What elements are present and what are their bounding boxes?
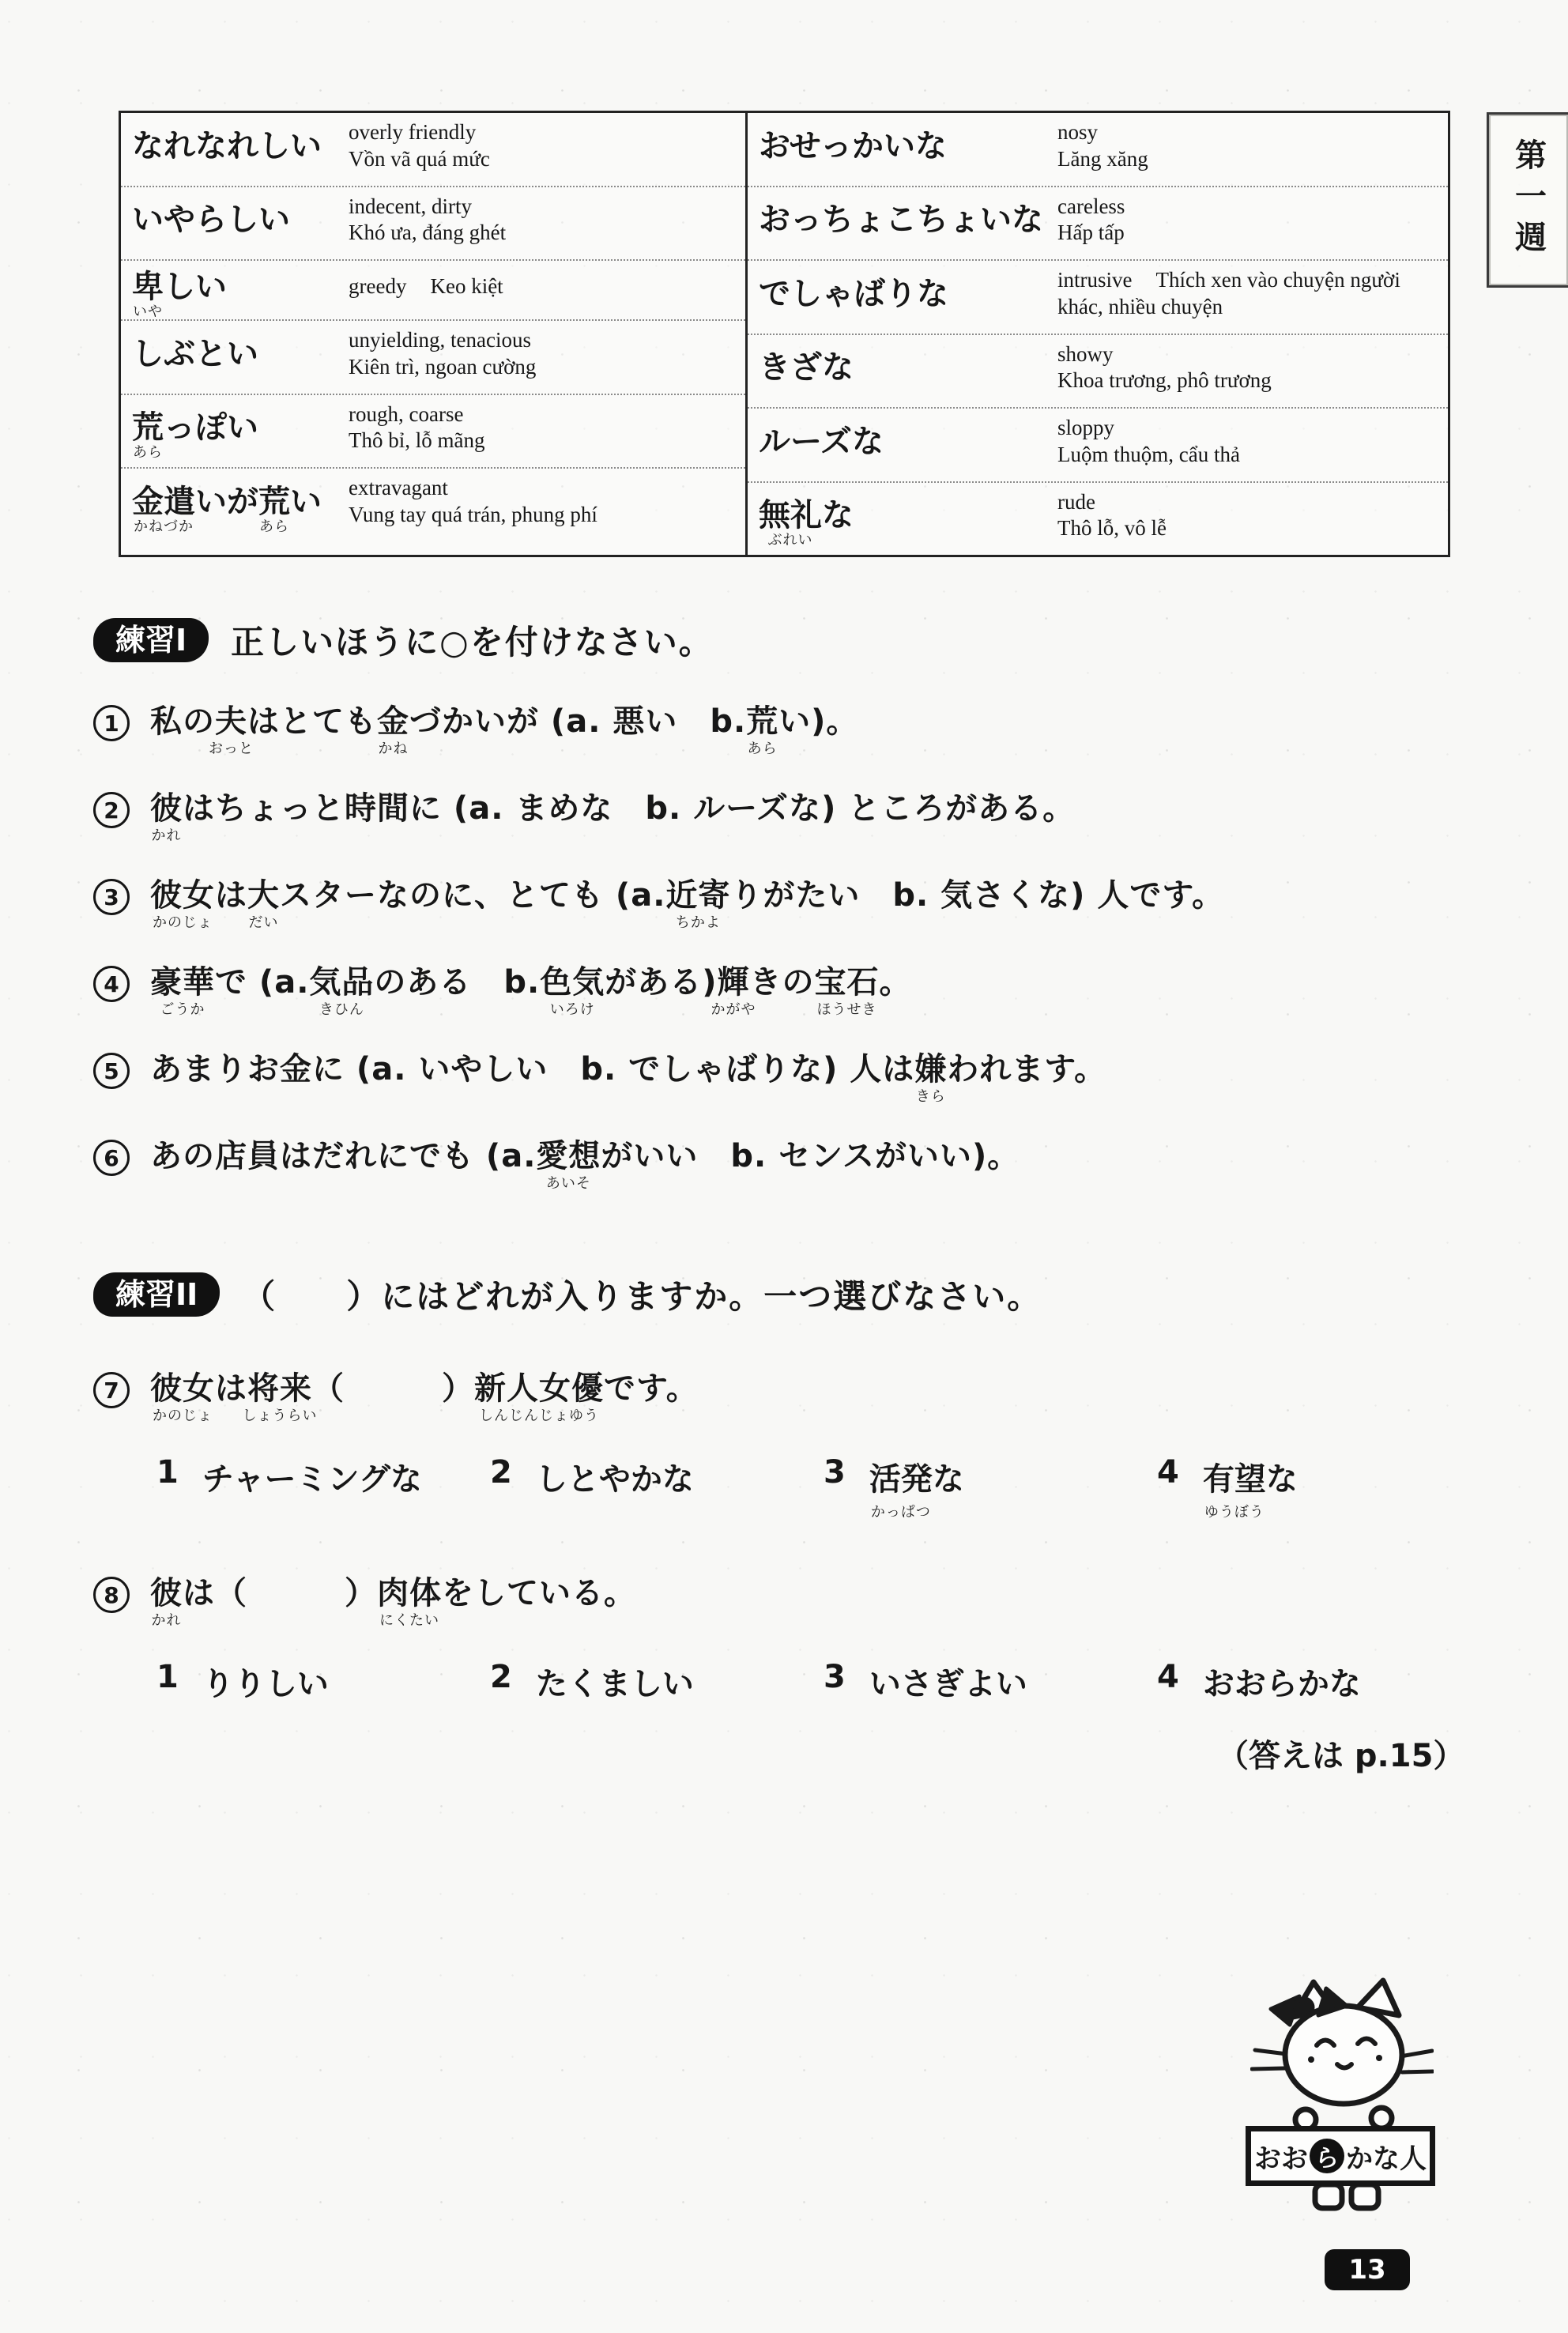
furigana: いや xyxy=(133,305,163,320)
text-segment: な xyxy=(1266,1454,1298,1499)
option-label: 有望ゆうぼうな xyxy=(1203,1454,1298,1499)
text-segment: いさぎよい xyxy=(869,1659,1027,1704)
text-segment: のある b. xyxy=(374,964,540,1001)
vocab-row: なれなれしいoverly friendlyVồn vã quá mức xyxy=(121,113,745,187)
exercise-item-block: 5あまりお金に (a. いやしい b. でしゃばりな) 人は嫌きらわれます。 xyxy=(93,1051,1468,1089)
vocab-english: intrusive xyxy=(1057,268,1133,292)
furigana: きひん xyxy=(319,1002,364,1019)
text-segment: は（ ） xyxy=(183,1575,377,1611)
text-segment: い)。 xyxy=(778,703,858,740)
exercise-item-block: 1私の夫おっとはとても金かねづかいが (a. 悪い b. 荒あらい)。 xyxy=(93,703,1468,741)
answer-note: （答えは p.15） xyxy=(1217,1731,1464,1776)
text-segment: 活発かっぱつ xyxy=(869,1454,933,1499)
text-segment: づかいが (a. 悪い b. xyxy=(409,703,746,740)
item-number: 2 xyxy=(93,792,130,828)
item-sentence: 彼かれは（ ）肉体にくたいをしている。 xyxy=(150,1575,636,1611)
vocab-row: きざなshowyKhoa trương, phô trương xyxy=(748,335,1448,409)
vocab-vietnamese: Thô bỉ, lỗ mãng xyxy=(349,428,739,454)
vocab-vietnamese: Keo kiệt xyxy=(430,274,503,298)
vocab-term: いやらしい xyxy=(121,203,349,236)
furigana: にくたい xyxy=(379,1613,439,1630)
vocab-term: 卑いやしい xyxy=(121,270,349,303)
text-segment: 新人女優しんじんじょゆう xyxy=(474,1370,604,1407)
option-number: 4 xyxy=(1157,1659,1179,1695)
text-segment: は xyxy=(215,1370,247,1407)
text-segment: チャーミングな xyxy=(202,1454,422,1499)
text-segment: 色気いろけ xyxy=(540,964,605,1001)
text-segment: ルーズな xyxy=(759,425,884,458)
exercise-item: 1私の夫おっとはとても金かねづかいが (a. 悪い b. 荒あらい)。 xyxy=(93,703,1468,741)
text-segment: 私の xyxy=(150,703,215,740)
answer-option: 1りりしい xyxy=(156,1659,490,1704)
text-segment: いやらしい xyxy=(132,203,290,236)
answer-option: 2しとやかな xyxy=(490,1454,824,1499)
vocab-translation: extravagantVung tay quá trán, phung phí xyxy=(349,475,745,529)
options-row: 1チャーミングな2しとやかな3活発かっぱつな4有望ゆうぼうな xyxy=(156,1454,1468,1499)
option-number: 2 xyxy=(490,1659,512,1695)
text-segment: たくましい xyxy=(536,1659,694,1704)
text-segment: われます。 xyxy=(947,1051,1106,1087)
item-sentence: あまりお金に (a. いやしい b. でしゃばりな) 人は嫌きらわれます。 xyxy=(150,1051,1106,1087)
text-segment: でしゃばりな xyxy=(759,277,948,311)
text-segment: な xyxy=(822,499,854,532)
furigana: きら xyxy=(916,1089,946,1106)
furigana: ごうか xyxy=(160,1002,205,1019)
furigana: かがや xyxy=(711,1002,756,1019)
vocab-translation: showyKhoa trương, phô trương xyxy=(1057,341,1448,395)
furigana: ゆうぼう xyxy=(1204,1501,1265,1521)
vocab-translation: overly friendlyVồn vã quá mức xyxy=(349,119,745,173)
vocab-term: でしゃばりな xyxy=(748,277,1057,311)
vocab-translation: sloppyLuộm thuộm, cẩu thả xyxy=(1057,415,1448,469)
exercise1-section: 練習I 正しいほうに○を付けなさい。 1私の夫おっとはとても金かねづかいが (a… xyxy=(93,616,1468,1176)
furigana: かねづか xyxy=(134,520,194,535)
text-segment: 無礼ぶれい xyxy=(759,499,822,532)
mascot-sign: おおらかな人 xyxy=(1246,2126,1435,2186)
vocab-english: rough, coarse xyxy=(349,401,739,428)
option-number: 3 xyxy=(824,1659,846,1695)
text-segment: 近寄ちかよ xyxy=(665,877,730,914)
text-segment: 金遣かねづか xyxy=(132,485,195,518)
vocab-english: careless xyxy=(1057,194,1442,220)
exercise-item-block: 2彼かれはちょっと時間に (a. まめな b. ルーズな) ところがある。 xyxy=(93,790,1468,828)
vocab-row: でしゃばりなintrusiveThích xen vào chuyện ngườ… xyxy=(748,261,1448,335)
vocab-term: 無礼ぶれいな xyxy=(748,499,1057,532)
furigana: ほうせき xyxy=(817,1002,877,1019)
exercise-item-block: 4豪華ごうかで (a. 気品きひんのある b. 色気いろけがある) 輝かがやきの… xyxy=(93,964,1468,1002)
text-segment: はとても xyxy=(247,703,377,740)
text-segment: い xyxy=(290,485,322,518)
vocab-term: おっちょこちょいな xyxy=(748,203,1057,236)
item-sentence: 彼女かのじょは大だいスターなのに、とても (a. 近寄ちかよりがたい b. 気さ… xyxy=(150,877,1224,914)
vocab-english: rude xyxy=(1057,489,1442,516)
vocab-english: overly friendly xyxy=(349,119,739,146)
option-label: 活発かっぱつな xyxy=(869,1454,964,1499)
text-segment: 肉体にくたい xyxy=(377,1575,442,1611)
text-segment: しい xyxy=(164,270,227,303)
vocab-row: しぶといunyielding, tenaciousKiên trì, ngoan… xyxy=(121,321,745,395)
vocab-translation: rough, coarseThô bỉ, lỗ mãng xyxy=(349,401,745,455)
vocab-english: sloppy xyxy=(1057,415,1442,442)
vocab-vietnamese: Khó ưa, đáng ghét xyxy=(349,220,739,247)
text-segment: 豪華ごうか xyxy=(150,964,215,1001)
text-segment: しとやかな xyxy=(536,1454,694,1499)
week-tab-label: 第一週 xyxy=(1506,138,1551,262)
vocab-row: いやらしいindecent, dirtyKhó ưa, đáng ghét xyxy=(121,187,745,262)
option-label: しとやかな xyxy=(536,1454,694,1499)
vocab-vietnamese: Vồn vã quá mức xyxy=(349,146,739,173)
vocab-translation: greedyKeo kiệt xyxy=(349,273,745,300)
text-segment: で (a. xyxy=(215,964,309,1001)
vocab-row: ルーズなsloppyLuộm thuộm, cẩu thả xyxy=(748,409,1448,483)
exercise-item-block: 7彼女かのじょは将来しょうらい（ ）新人女優しんじんじょゆうです。1チャーミング… xyxy=(93,1370,1468,1499)
exercise-item: 5あまりお金に (a. いやしい b. でしゃばりな) 人は嫌きらわれます。 xyxy=(93,1051,1468,1089)
vocab-term: きざな xyxy=(748,351,1057,384)
exercise2-section: 練習II （ ）にはどれが入りますか。一つ選びなさい。 7彼女かのじょは将来しょ… xyxy=(93,1271,1468,1704)
vocab-row: 荒あらっぽいrough, coarseThô bỉ, lỗ mãng xyxy=(121,395,745,469)
text-segment: 卑いや xyxy=(132,270,164,303)
vocab-term: ルーズな xyxy=(748,425,1057,458)
furigana: いろけ xyxy=(550,1002,595,1019)
exercise2-badge: 練習II xyxy=(93,1272,220,1317)
option-label: りりしい xyxy=(202,1659,329,1704)
text-segment: 彼女かのじょ xyxy=(150,877,215,914)
exercise2-instruction: （ ）にはどれが入りますか。一つ選びなさい。 xyxy=(242,1271,1042,1318)
text-segment: 金かね xyxy=(377,703,409,740)
furigana: かっぱつ xyxy=(871,1501,931,1521)
vocab-term: なれなれしい xyxy=(121,130,349,163)
text-segment: きざな xyxy=(759,351,854,384)
furigana: あら xyxy=(133,446,163,461)
exercise-item: 2彼かれはちょっと時間に (a. まめな b. ルーズな) ところがある。 xyxy=(93,790,1468,828)
text-segment: りりしい xyxy=(202,1659,329,1704)
option-number: 3 xyxy=(824,1454,846,1491)
item-sentence: 私の夫おっとはとても金かねづかいが (a. 悪い b. 荒あらい)。 xyxy=(150,703,858,740)
exercise2-items: 7彼女かのじょは将来しょうらい（ ）新人女優しんじんじょゆうです。1チャーミング… xyxy=(93,1370,1468,1704)
text-segment: （ ） xyxy=(312,1370,474,1407)
vocab-row: おっちょこちょいなcarelessHấp tấp xyxy=(748,187,1448,262)
vocab-term: おせっかいな xyxy=(748,130,1057,163)
text-segment: です。 xyxy=(604,1370,699,1407)
vocab-translation: rudeThô lỗ, vô lễ xyxy=(1057,489,1448,543)
vocab-term: しぶとい xyxy=(121,337,349,371)
furigana: かね xyxy=(379,741,409,758)
option-number: 1 xyxy=(156,1659,179,1695)
text-segment: 宝石ほうせき xyxy=(815,964,880,1001)
options-row: 1りりしい2たくましい3いさぎよい4おおらかな xyxy=(156,1659,1468,1704)
text-segment: 彼かれ xyxy=(150,1575,183,1611)
furigana: かのじょ xyxy=(153,1408,213,1425)
text-segment: きの xyxy=(750,964,815,1001)
page-number-badge: 13 xyxy=(1325,2249,1410,2290)
item-sentence: あの店員はだれにでも (a. 愛想あいそがいい b. センスがいい)。 xyxy=(150,1138,1020,1174)
vocab-english: indecent, dirty xyxy=(349,194,739,220)
option-number: 4 xyxy=(1157,1454,1179,1491)
vocab-english: extravagant xyxy=(349,475,739,502)
text-segment: スターなのに、とても (a. xyxy=(280,877,665,914)
option-label: いさぎよい xyxy=(869,1659,1027,1704)
text-segment: 愛想あいそ xyxy=(536,1138,601,1174)
vocab-term: 荒あらっぽい xyxy=(121,411,349,444)
text-segment: おおらかな xyxy=(1203,1659,1361,1704)
text-segment: 。 xyxy=(880,964,912,1001)
vocab-row: 金遣かねづかいが荒あらいextravagantVung tay quá trán… xyxy=(121,469,745,541)
text-segment: をしている。 xyxy=(442,1575,636,1611)
vocab-translation: indecent, dirtyKhó ưa, đáng ghét xyxy=(349,194,745,247)
answer-option: 3活発かっぱつな xyxy=(824,1454,1157,1499)
item-number: 6 xyxy=(93,1140,130,1176)
vocab-english: nosy xyxy=(1057,119,1442,146)
furigana: かのじょ xyxy=(153,915,213,932)
furigana: あら xyxy=(259,520,289,535)
text-segment: 荒あら xyxy=(132,411,164,444)
text-segment: 嫌きら xyxy=(914,1051,947,1087)
exercise1-badge: 練習I xyxy=(93,618,209,662)
exercise-item-block: 8彼かれは（ ）肉体にくたいをしている。1りりしい2たくましい3いさぎよい4おお… xyxy=(93,1575,1468,1704)
item-number: 1 xyxy=(93,705,130,741)
text-segment: 彼かれ xyxy=(150,790,183,827)
text-segment: 大だい xyxy=(247,877,280,914)
item-number: 4 xyxy=(93,966,130,1002)
text-segment: 夫おっと xyxy=(215,703,247,740)
exercise1-instruction: 正しいほうに○を付けなさい。 xyxy=(231,616,714,664)
text-segment: は xyxy=(215,877,247,914)
week-tab: 第一週 xyxy=(1487,112,1568,288)
vocab-english: showy xyxy=(1057,341,1442,368)
item-sentence: 彼かれはちょっと時間に (a. まめな b. ルーズな) ところがある。 xyxy=(150,790,1075,827)
exercise2-header: 練習II （ ）にはどれが入りますか。一つ選びなさい。 xyxy=(93,1271,1468,1318)
furigana: しょうらい xyxy=(243,1408,318,1425)
text-segment: がある) xyxy=(605,964,717,1001)
text-segment: あまりお金に (a. いやしい b. でしゃばりな) 人は xyxy=(150,1051,914,1087)
vocab-row: 無礼ぶれいなrudeThô lỗ, vô lễ xyxy=(748,483,1448,556)
text-segment: おっちょこちょいな xyxy=(759,203,1043,236)
vocab-translation: carelessHấp tấp xyxy=(1057,194,1448,247)
vocab-vietnamese: Hấp tấp xyxy=(1057,220,1442,247)
item-number: 3 xyxy=(93,879,130,915)
answer-option: 1チャーミングな xyxy=(156,1454,490,1499)
vocab-english: unyielding, tenacious xyxy=(349,327,739,354)
furigana: あら xyxy=(748,741,778,758)
mascot-cat: おおらかな人 xyxy=(1250,1974,1434,2222)
option-label: チャーミングな xyxy=(202,1454,422,1499)
text-segment: なれなれしい xyxy=(132,130,322,163)
option-label: たくましい xyxy=(536,1659,694,1704)
furigana: ぶれい xyxy=(768,533,813,548)
vocab-row: おせっかいなnosyLăng xăng xyxy=(748,113,1448,187)
vocab-row: 卑いやしいgreedyKeo kiệt xyxy=(121,261,745,321)
text-segment: 彼女かのじょ xyxy=(150,1370,215,1407)
vocab-vietnamese: Thô lỗ, vô lễ xyxy=(1057,515,1442,542)
item-sentence: 彼女かのじょは将来しょうらい（ ）新人女優しんじんじょゆうです。 xyxy=(150,1370,699,1407)
exercise1-header: 練習I 正しいほうに○を付けなさい。 xyxy=(93,616,1468,664)
text-segment: 有望ゆうぼう xyxy=(1203,1454,1266,1499)
item-number: 7 xyxy=(93,1372,130,1408)
exercise-item: 3彼女かのじょは大だいスターなのに、とても (a. 近寄ちかよりがたい b. 気… xyxy=(93,877,1468,915)
option-number: 1 xyxy=(156,1454,179,1491)
text-segment: 輝かがや xyxy=(718,964,750,1001)
vocab-vietnamese: Lăng xăng xyxy=(1057,146,1442,173)
exercise1-items: 1私の夫おっとはとても金かねづかいが (a. 悪い b. 荒あらい)。2彼かれは… xyxy=(93,703,1468,1176)
text-segment: 荒あら xyxy=(258,485,290,518)
text-segment: 将来しょうらい xyxy=(247,1370,312,1407)
text-segment: はちょっと時間に (a. まめな b. ルーズな) ところがある。 xyxy=(183,790,1075,827)
vocab-english: greedy xyxy=(349,274,406,298)
exercise-item: 8彼かれは（ ）肉体にくたいをしている。 xyxy=(93,1575,1468,1613)
answer-option: 2たくましい xyxy=(490,1659,824,1704)
vocab-table-right-column: おせっかいなnosyLăng xăngおっちょこちょいなcarelessHấp … xyxy=(745,113,1448,555)
furigana: おっと xyxy=(209,741,254,758)
item-number: 8 xyxy=(93,1577,130,1613)
vocab-translation: nosyLăng xăng xyxy=(1057,119,1448,173)
text-segment: いが xyxy=(195,485,258,518)
text-segment: 気品きひん xyxy=(309,964,374,1001)
vocab-term: 金遣かねづかいが荒あらい xyxy=(121,485,349,518)
vocab-vietnamese: Kiên trì, ngoan cường xyxy=(349,354,739,381)
text-segment: 荒あら xyxy=(746,703,778,740)
text-segment: あの店員はだれにでも (a. xyxy=(150,1138,536,1174)
option-number: 2 xyxy=(490,1454,512,1491)
mascot-caption-post: かな人 xyxy=(1346,2137,1427,2176)
text-segment: な xyxy=(933,1454,964,1499)
vocab-table-left-column: なれなれしいoverly friendlyVồn vã quá mứcいやらしい… xyxy=(121,113,745,555)
furigana: かれ xyxy=(152,1613,182,1630)
exercise-item: 7彼女かのじょは将来しょうらい（ ）新人女優しんじんじょゆうです。 xyxy=(93,1370,1468,1408)
furigana: あいそ xyxy=(546,1176,591,1193)
vocab-table: なれなれしいoverly friendlyVồn vã quá mứcいやらしい… xyxy=(119,111,1450,557)
answer-option: 4有望ゆうぼうな xyxy=(1157,1454,1298,1499)
text-segment: がいい b. センスがいい)。 xyxy=(601,1138,1020,1174)
vocab-translation: unyielding, tenaciousKiên trì, ngoan cườ… xyxy=(349,327,745,381)
item-number: 5 xyxy=(93,1053,130,1089)
item-sentence: 豪華ごうかで (a. 気品きひんのある b. 色気いろけがある) 輝かがやきの宝… xyxy=(150,964,912,1001)
exercise-item-block: 3彼女かのじょは大だいスターなのに、とても (a. 近寄ちかよりがたい b. 気… xyxy=(93,877,1468,915)
vocab-translation: intrusiveThích xen vào chuyện người khác… xyxy=(1057,267,1448,321)
text-segment: おせっかいな xyxy=(759,130,947,163)
exercise-item-block: 6あの店員はだれにでも (a. 愛想あいそがいい b. センスがいい)。 xyxy=(93,1138,1468,1176)
vocab-vietnamese: Luộm thuộm, cẩu thả xyxy=(1057,442,1442,469)
exercise-item: 6あの店員はだれにでも (a. 愛想あいそがいい b. センスがいい)。 xyxy=(93,1138,1468,1176)
text-segment: しぶとい xyxy=(132,337,258,371)
furigana: かれ xyxy=(152,828,182,845)
furigana: だい xyxy=(249,915,279,932)
mascot-caption-pre: おお xyxy=(1254,2137,1308,2176)
exercise-item: 4豪華ごうかで (a. 気品きひんのある b. 色気いろけがある) 輝かがやきの… xyxy=(93,964,1468,1002)
mascot-caption-highlight: ら xyxy=(1310,2139,1344,2173)
answer-option: 3いさぎよい xyxy=(824,1659,1157,1704)
vocab-vietnamese: Khoa trương, phô trương xyxy=(1057,367,1442,394)
furigana: しんじんじょゆう xyxy=(479,1408,599,1425)
furigana: ちかよ xyxy=(676,915,721,932)
text-segment: っぽい xyxy=(164,411,258,444)
vocab-vietnamese: Vung tay quá trán, phung phí xyxy=(349,502,739,529)
text-segment: りがたい b. 気さくな) 人です。 xyxy=(730,877,1224,914)
option-label: おおらかな xyxy=(1203,1659,1361,1704)
answer-option: 4おおらかな xyxy=(1157,1659,1361,1704)
